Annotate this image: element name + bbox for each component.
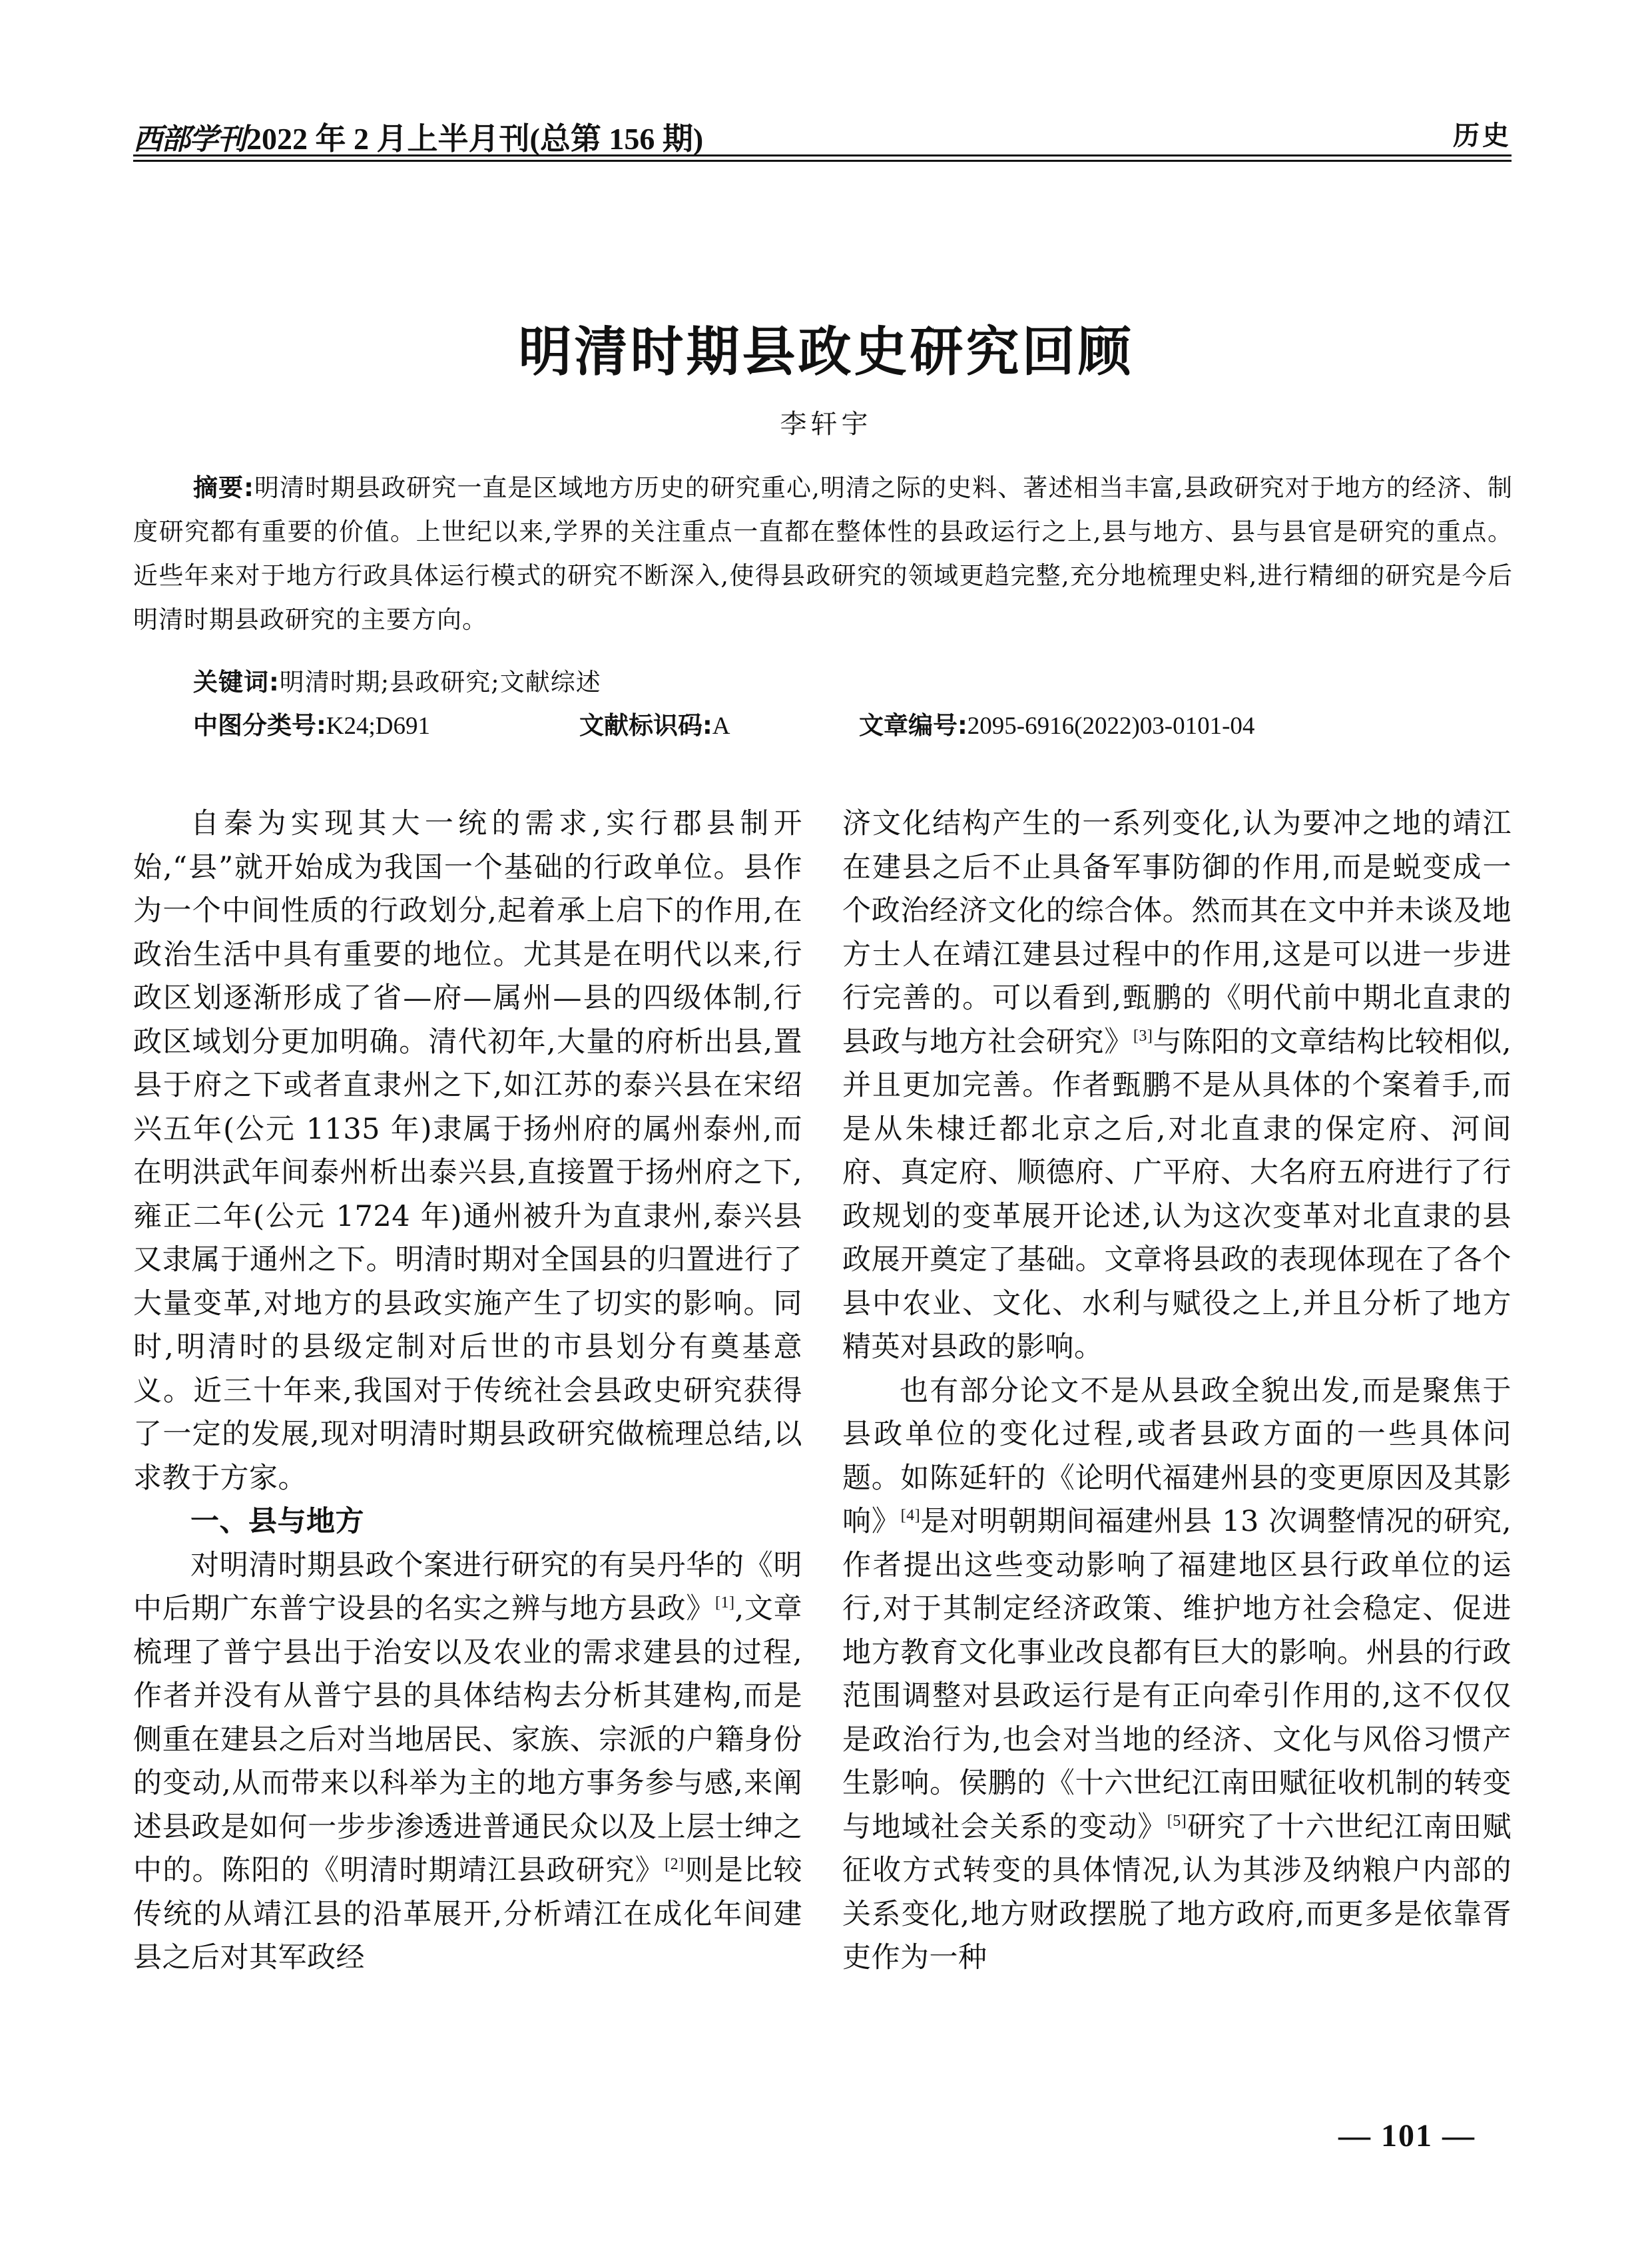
header-rule-bottom (133, 160, 1512, 162)
doc-code-label: 文献标识码: (579, 711, 712, 740)
paragraph-text: 对明清时期县政个案进行研究的有吴丹华的《明中后期广东普宁设县的名实之辨与地方县政… (133, 1549, 802, 1626)
article-author: 李轩宇 (0, 403, 1652, 441)
document-code: 文献标识码:A (579, 706, 859, 746)
clc-value: K24;D691 (326, 712, 430, 740)
abstract-label: 摘要: (193, 473, 254, 502)
citation-1[interactable]: [1] (715, 1594, 734, 1611)
citation-5[interactable]: [5] (1167, 1813, 1187, 1830)
citation-3[interactable]: [3] (1133, 1027, 1153, 1045)
issue-info: 2022 年 2 月上半月刊(总第 156 期) (246, 115, 703, 158)
body-column-right: 济文化结构产生的一系列变化,认为要冲之地的靖江在建县之后不止具备军事防御的作用,… (842, 802, 1512, 1980)
article-number: 文章编号:2095-6916(2022)03-0101-04 (859, 706, 1254, 746)
body-column-left: 自秦为实现其大一统的需求,实行郡县制开始,“县”就开始成为我国一个基础的行政单位… (133, 802, 802, 1980)
abstract-text: 明清时期县政研究一直是区域地方历史的研究重心,明清之际的史料、著述相当丰富,县政… (133, 473, 1513, 634)
keywords-text: 明清时期;县政研究;文献综述 (280, 668, 601, 697)
clc-number: 中图分类号:K24;D691 (193, 706, 579, 746)
abstract: 摘要:明清时期县政研究一直是区域地方历史的研究重心,明清之际的史料、著述相当丰富… (133, 466, 1513, 642)
keywords-label: 关键词: (193, 668, 280, 697)
section-paragraph: 对明清时期县政个案进行研究的有吴丹华的《明中后期广东普宁设县的名实之辨与地方县政… (133, 1544, 802, 1980)
article-no-value: 2095-6916(2022)03-0101-04 (967, 712, 1255, 740)
citation-2[interactable]: [2] (665, 1856, 684, 1873)
keywords: 关键词:明清时期;县政研究;文献综述 (193, 663, 601, 702)
continued-paragraph: 济文化结构产生的一系列变化,认为要冲之地的靖江在建县之后不止具备军事防御的作用,… (842, 802, 1512, 1370)
journal-issue-line: 西部学刊 2022 年 2 月上半月刊(总第 156 期) (133, 115, 703, 158)
article-no-label: 文章编号: (859, 711, 967, 740)
clc-label: 中图分类号: (193, 711, 326, 740)
paragraph-text: ,文章梳理了普宁县出于治安以及农业的需求建县的过程,作者并没有从普宁县的具体结构… (133, 1592, 802, 1887)
page-number: — 101 — (1338, 2117, 1476, 2154)
paragraph: 也有部分论文不是从县政全貌出发,而是聚焦于县政单位的变化过程,或者县政方面的一些… (842, 1370, 1512, 1980)
journal-logo: 西部学刊 (133, 115, 245, 158)
paragraph-text: 济文化结构产生的一系列变化,认为要冲之地的靖江在建县之后不止具备军事防御的作用,… (842, 807, 1512, 1059)
section-label: 历史 (1453, 115, 1512, 152)
paragraph-text: 与陈阳的文章结构比较相似,并且更加完善。作者甄鹏不是从具体的个案着手,而是从朱棣… (842, 1025, 1512, 1364)
paragraph-text: 是对明朝期间福建州县 13 次调整情况的研究,作者提出这些变动影响了福建地区县行… (842, 1505, 1512, 1844)
intro-paragraph: 自秦为实现其大一统的需求,实行郡县制开始,“县”就开始成为我国一个基础的行政单位… (133, 802, 802, 1500)
classification-info: 中图分类号:K24;D691 文献标识码:A 文章编号:2095-6916(20… (193, 706, 1512, 746)
doc-code-value: A (712, 712, 730, 740)
article-title: 明清时期县政史研究回顾 (0, 309, 1652, 386)
header-rule-top (133, 154, 1512, 156)
citation-4[interactable]: [4] (901, 1507, 920, 1524)
section-heading: 一、县与地方 (133, 1500, 802, 1544)
